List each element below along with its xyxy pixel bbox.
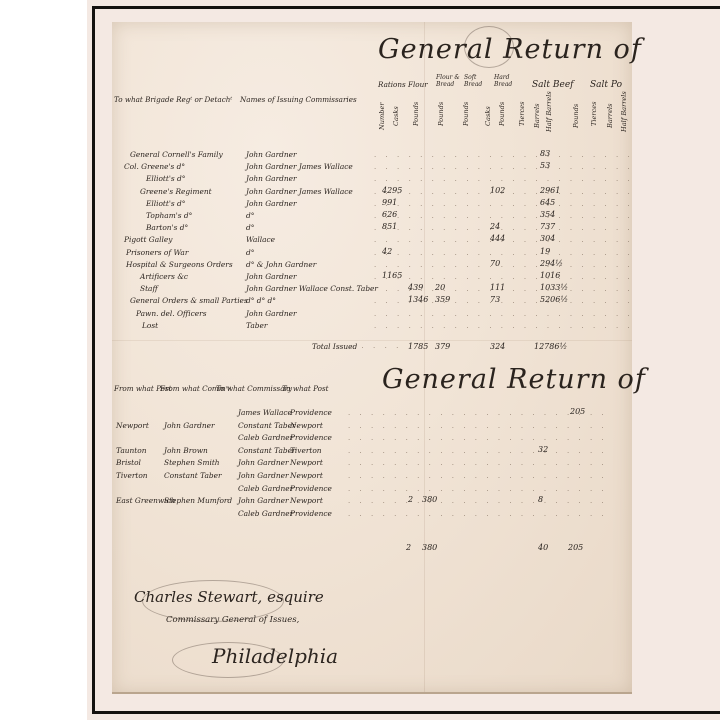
row-unit: Col. Greene's d° <box>124 162 185 171</box>
cell-salt-beef: 354 <box>540 210 555 219</box>
row-from-comm: Stephen Smith <box>164 458 220 467</box>
section2-total-c: 40 <box>538 543 548 552</box>
row-unit: Prisoners of War <box>126 248 188 257</box>
row-commissaries: d° <box>246 248 254 257</box>
row-to-comm: John Gardner <box>238 496 289 505</box>
section2-total-a: 2 <box>406 543 411 552</box>
group-flour-bread: Flour & Bread <box>436 74 460 88</box>
row-unit: General Orders & small Parties <box>130 296 248 305</box>
cell-col-a: 2 <box>408 495 413 504</box>
leader-dots: ....................... <box>374 261 639 269</box>
column-label-commissaries: Names of Issuing Commissaries <box>240 95 357 104</box>
subcol-barrels: Barrels <box>606 100 614 128</box>
row-commissaries: d° d° d° <box>246 296 276 305</box>
cell-pounds-b: 359 <box>435 295 450 304</box>
cell-salt-beef: 83 <box>540 149 550 158</box>
row-unit: Artificers &c <box>140 272 188 281</box>
row-to-post: Newport <box>290 458 323 467</box>
row-commissaries: John Gardner <box>246 272 297 281</box>
cell-rations: 1165 <box>382 271 402 280</box>
row-unit: Elliott's d° <box>146 174 185 183</box>
total-leader-dots: ..... <box>350 342 408 350</box>
row-to-post: Newport <box>290 496 323 505</box>
cell-salt-beef: 1016 <box>540 271 560 280</box>
cell-salt-beef: 1033½ <box>540 283 568 292</box>
total-hard-bread: 324 <box>490 342 505 351</box>
row-to-comm: John Gardner <box>238 471 289 480</box>
row-from-comm: Stephen Mumford <box>164 496 232 505</box>
cell-rations: 851 <box>382 222 397 231</box>
leader-dots: ....................... <box>348 422 613 430</box>
group-flour: Flour <box>408 80 428 89</box>
frame-border-top <box>92 6 720 9</box>
group-salt-beef: Salt Beef <box>532 80 573 90</box>
leader-dots: ....................... <box>374 188 639 196</box>
row-commissaries: John Gardner <box>246 199 297 208</box>
row-to-post: Providence <box>290 408 332 417</box>
cell-col-c: 32 <box>538 445 548 454</box>
section2-title: General Return of <box>382 364 646 395</box>
leader-dots: ....................... <box>348 485 613 493</box>
section2-total-d: 205 <box>568 543 583 552</box>
total-pounds-b: 379 <box>435 342 450 351</box>
leader-dots: ....................... <box>374 310 639 318</box>
cell-hard-bread: 73 <box>490 295 500 304</box>
row-unit: Greene's Regiment <box>140 187 212 196</box>
subcol-tierces: Tierces <box>590 100 598 126</box>
row-to-post: Newport <box>290 471 323 480</box>
cell-salt-beef: 53 <box>540 161 550 170</box>
cell-hard-bread: 102 <box>490 186 505 195</box>
cell-salt-beef: 737 <box>540 222 555 231</box>
row-unit: Barton's d° <box>146 223 188 232</box>
signature-place: Philadelphia <box>212 644 338 668</box>
row-unit: Topham's d° <box>146 211 192 220</box>
cell-salt-beef: 5206½ <box>540 295 568 304</box>
cell-rations: 42 <box>382 247 392 256</box>
frame-border-bottom <box>92 711 720 714</box>
row-commissaries: John Gardner James Wallace <box>246 162 353 171</box>
row-unit: General Cornell's Family <box>130 150 223 159</box>
row-from-comm: John Gardner <box>164 421 215 430</box>
column-label-to-commissary: To what Commissary <box>216 384 292 393</box>
leader-dots: ....................... <box>374 212 639 220</box>
row-to-post: Tiverton <box>290 446 322 455</box>
cell-col-c: 8 <box>538 495 543 504</box>
row-to-comm: James Wallace <box>238 408 292 417</box>
row-unit: Lost <box>142 321 158 330</box>
row-from-comm: John Brown <box>164 446 208 455</box>
signature-name: Charles Stewart, esquire <box>134 588 324 606</box>
row-from-post: Bristol <box>116 458 141 467</box>
title-flourish <box>464 26 514 68</box>
row-to-comm: Caleb Gardner <box>238 509 293 518</box>
row-commissaries: John Gardner <box>246 174 297 183</box>
subcol-barrels: Barrels <box>533 100 541 128</box>
row-commissaries: John Gardner <box>246 309 297 318</box>
row-from-post: Taunton <box>116 446 146 455</box>
cell-col-d: 205 <box>570 407 585 416</box>
row-to-comm: Constant Taber <box>238 421 296 430</box>
subcol-pounds: Pounds <box>412 100 420 126</box>
leader-dots: ....................... <box>374 224 639 232</box>
cell-hard-bread: 70 <box>490 259 500 268</box>
row-to-comm: Constant Taber <box>238 446 296 455</box>
column-label-unit: To what Brigade Regᵗ or Detachᵗ <box>114 95 232 104</box>
row-commissaries: d° & John Gardner <box>246 260 316 269</box>
cell-pounds-b: 20 <box>435 283 445 292</box>
row-unit: Elliott's d° <box>146 199 185 208</box>
row-to-comm: John Gardner <box>238 458 289 467</box>
row-to-post: Providence <box>290 509 332 518</box>
row-unit: Pawn. del. Officers <box>136 309 207 318</box>
leader-dots: ....................... <box>348 497 613 505</box>
leader-dots: ....................... <box>348 459 613 467</box>
cell-pounds-a: 1346 <box>408 295 428 304</box>
row-unit: Pigott Galley <box>124 235 172 244</box>
cell-rations: 991 <box>382 198 397 207</box>
subcol-pounds: Pounds <box>498 100 506 126</box>
total-salt-beef: 12786½ <box>534 342 567 351</box>
cell-pounds-a: 439 <box>408 283 423 292</box>
cell-salt-beef: 304 <box>540 234 555 243</box>
subcol-half-barrels: Half Barrels <box>620 98 628 132</box>
cell-salt-beef: 2961 <box>540 186 560 195</box>
row-from-post: Tiverton <box>116 471 148 480</box>
leader-dots: ....................... <box>348 434 613 442</box>
leader-dots: ....................... <box>374 273 639 281</box>
cell-hard-bread: 444 <box>490 234 505 243</box>
row-commissaries: d° <box>246 211 254 220</box>
leader-dots: ....................... <box>348 510 613 518</box>
paper-fold-horizontal <box>112 340 632 341</box>
paper-fold <box>424 22 425 694</box>
group-soft-bread: Soft Bread <box>464 74 488 88</box>
leader-dots: ....................... <box>374 151 639 159</box>
row-unit: Staff <box>140 284 158 293</box>
leader-dots: ....................... <box>374 322 639 330</box>
group-rations: Rations <box>378 80 406 89</box>
row-to-post: Providence <box>290 484 332 493</box>
row-from-post: Newport <box>116 421 149 430</box>
subcol-pounds: Pounds <box>572 100 580 128</box>
subcol-pounds: Pounds <box>437 100 445 126</box>
cell-salt-beef: 645 <box>540 198 555 207</box>
subcol-pounds: Pounds <box>462 100 470 126</box>
cell-hard-bread: 111 <box>490 283 505 292</box>
row-commissaries: Taber <box>246 321 267 330</box>
subcol-tierces: Tierces <box>518 100 526 126</box>
cell-rations: 4295 <box>382 186 402 195</box>
leader-dots: ....................... <box>348 472 613 480</box>
ledger-document: General Return of To what Brigade Regᵗ o… <box>112 22 632 694</box>
row-commissaries: John Gardner Wallace Const. Taber <box>246 284 378 293</box>
leader-dots: ....................... <box>374 163 639 171</box>
cell-hard-bread: 24 <box>490 222 500 231</box>
subcol-number: Number <box>378 92 386 130</box>
total-pounds-a: 1785 <box>408 342 428 351</box>
row-from-comm: Constant Taber <box>164 471 222 480</box>
subcol-casks: Casks <box>484 100 492 126</box>
row-to-post: Newport <box>290 421 323 430</box>
group-salt-pork: Salt Po <box>590 80 622 90</box>
row-commissaries: Wallace <box>246 235 275 244</box>
cell-salt-beef: 19 <box>540 247 550 256</box>
cell-salt-beef: 294½ <box>540 259 563 268</box>
subcol-half-barrels: Half Barrels <box>545 98 553 132</box>
section2-total-b: 380 <box>422 543 437 552</box>
signature-title: Commissary General of Issues, <box>166 615 299 625</box>
leader-dots: ....................... <box>348 447 613 455</box>
cell-rations: 626 <box>382 210 397 219</box>
cell-col-b: 380 <box>422 495 437 504</box>
frame-border-left <box>92 6 95 714</box>
leader-dots: ....................... <box>374 236 639 244</box>
row-commissaries: John Gardner James Wallace <box>246 187 353 196</box>
row-commissaries: d° <box>246 223 254 232</box>
row-to-comm: Caleb Gardner <box>238 433 293 442</box>
row-unit: Hospital & Surgeons Orders <box>126 260 233 269</box>
leader-dots: ....................... <box>374 249 639 257</box>
subcol-casks: Casks <box>392 100 400 126</box>
row-to-post: Providence <box>290 433 332 442</box>
leader-dots: ....................... <box>374 200 639 208</box>
row-to-comm: Caleb Gardner <box>238 484 293 493</box>
column-label-to-post: To what Post <box>282 384 329 393</box>
row-commissaries: John Gardner <box>246 150 297 159</box>
leader-dots: ....................... <box>374 175 639 183</box>
group-hard-bread: Hard Bread <box>494 74 518 88</box>
